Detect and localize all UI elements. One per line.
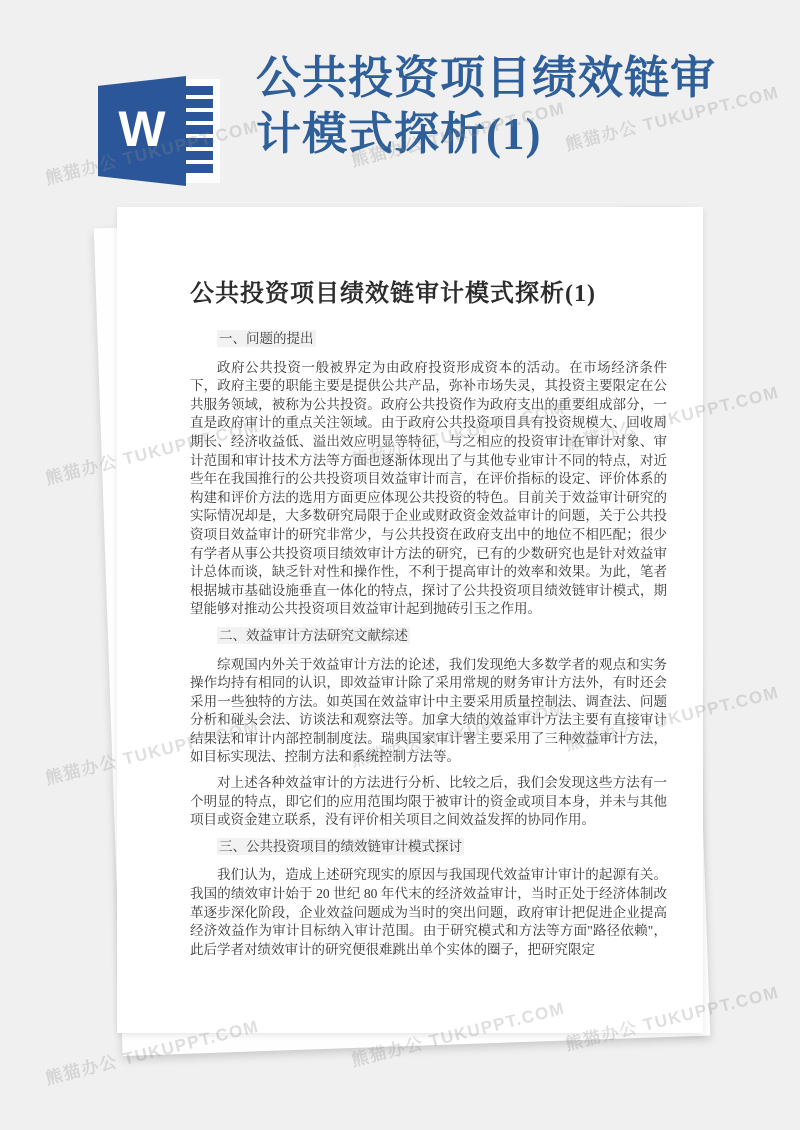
document-title: 公共投资项目绩效链审计模式探析(1) xyxy=(190,279,667,310)
document-preview-stage: W 公共投资项目绩效链审计模式探析(1) 公共投资项目绩效链审计模式探析(1) … xyxy=(0,0,800,1130)
section-heading-2: 二、效益审计方法研究文献综述 xyxy=(190,627,667,646)
paragraph: 我们认为，造成上述研究现实的原因与我国现代效益审计审计的起源有关。我国的绩效审计… xyxy=(190,866,667,959)
paragraph: 政府公共投资一般被界定为由政府投资形成资本的活动。在市场经济条件下，政府主要的职… xyxy=(190,359,667,619)
section-heading-1: 一、问题的提出 xyxy=(190,330,667,349)
paragraph: 综观国内外关于效益审计方法的论述，我们发现绝大多数学者的观点和实务操作均持有相同… xyxy=(190,656,667,768)
preview-header-title: 公共投资项目绩效链审计模式探析(1) xyxy=(256,50,734,162)
section-heading-3: 三、公共投资项目的绩效链审计模式探讨 xyxy=(190,838,667,857)
document-page: 公共投资项目绩效链审计模式探析(1) 一、问题的提出 政府公共投资一般被界定为由… xyxy=(117,207,703,1033)
word-icon-letter: W xyxy=(118,104,165,158)
word-icon-cover: W xyxy=(98,76,186,186)
paragraph: 对上述各种效益审计的方法进行分析、比较之后，我们会发现这些方法有一个明显的特点，… xyxy=(190,774,667,830)
document-content: 公共投资项目绩效链审计模式探析(1) 一、问题的提出 政府公共投资一般被界定为由… xyxy=(117,207,703,959)
word-icon: W xyxy=(98,76,222,186)
